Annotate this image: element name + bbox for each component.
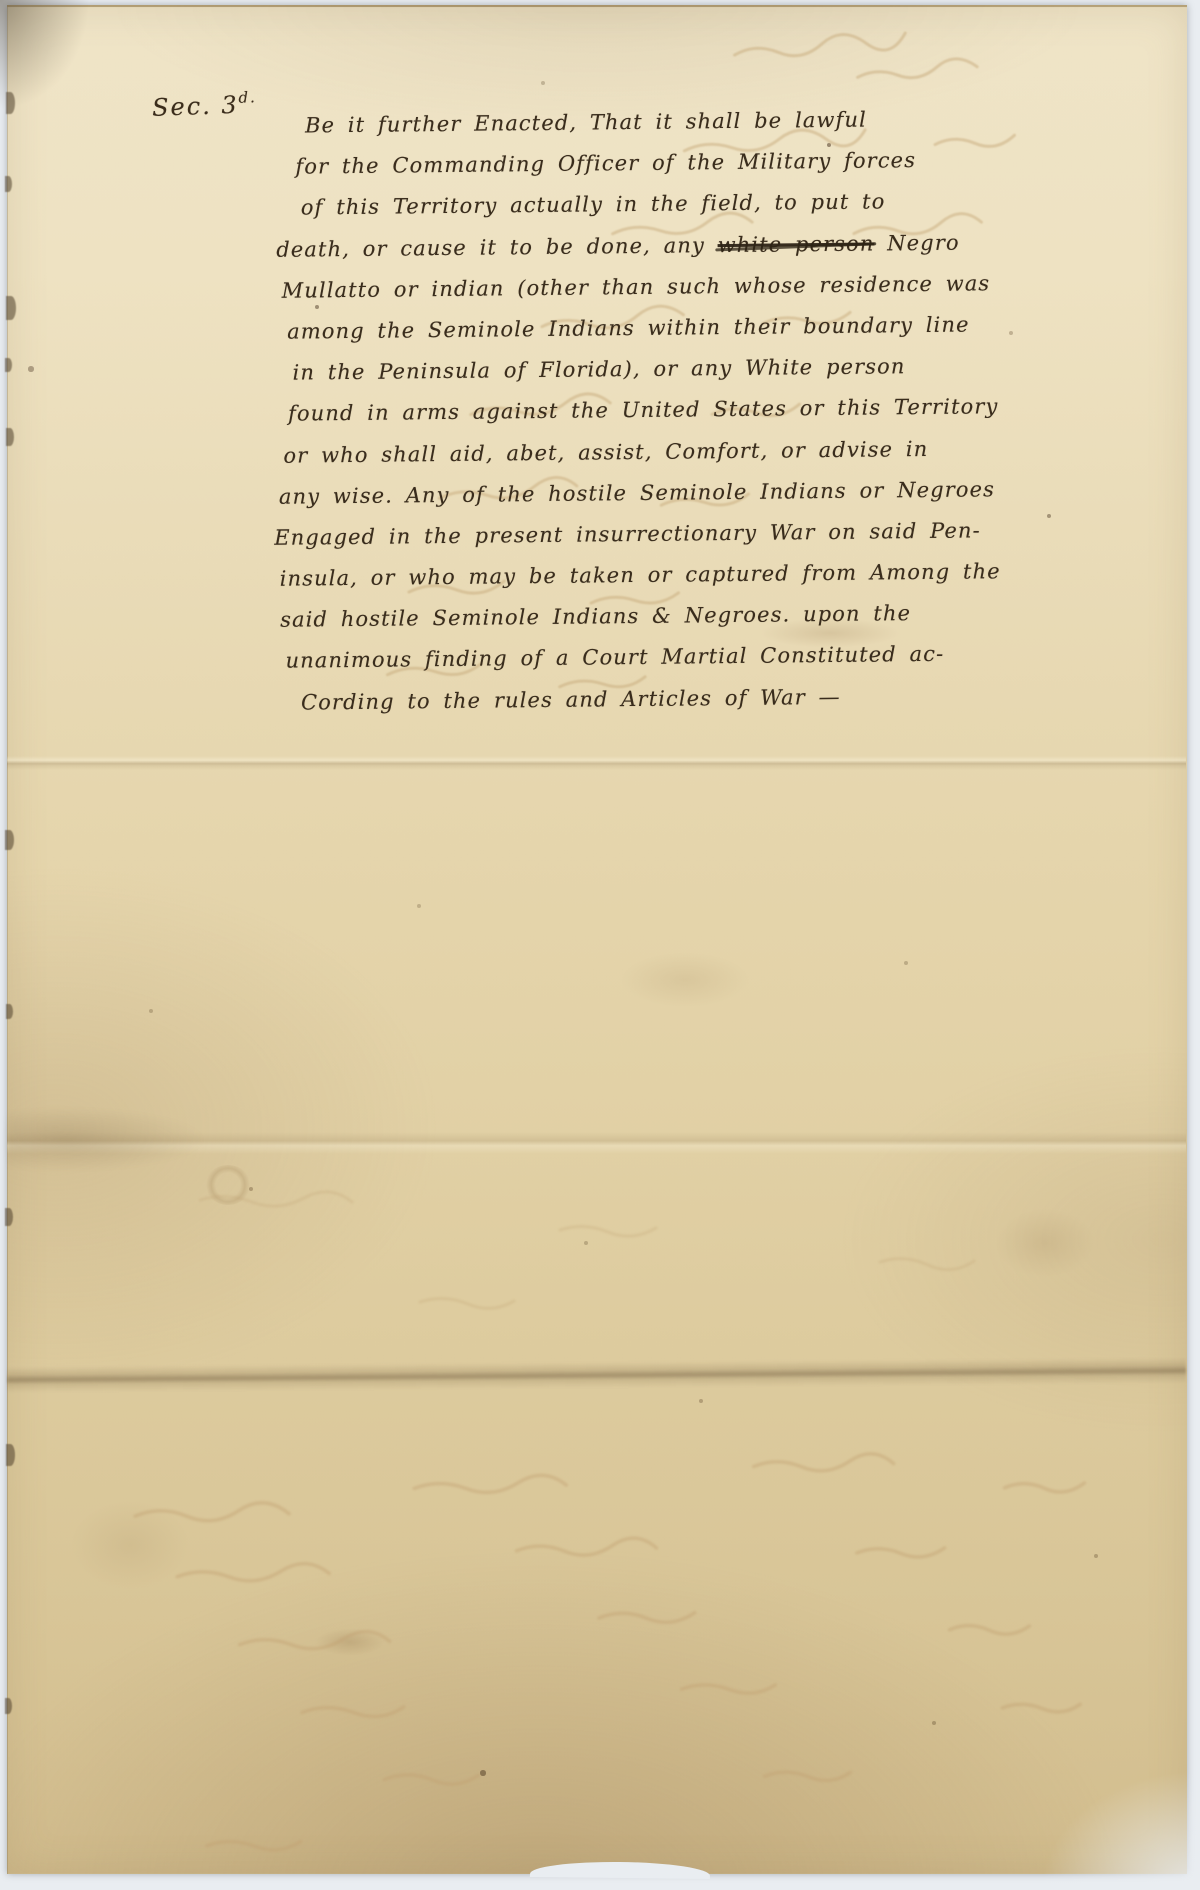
paper-edge-nick [6, 296, 16, 320]
manuscript-text: for the Commanding Officer of the Milita… [295, 148, 916, 178]
manuscript-text: death, or cause it to be done, any [276, 233, 718, 262]
paper-edge-nick [5, 830, 14, 850]
manuscript-text: found in arms against the United States … [288, 395, 999, 426]
manuscript-text: Be it further Enacted, That it shall be … [305, 108, 867, 138]
manuscript-line: Mullatto or indian (other than such whos… [282, 263, 995, 312]
paper-edge-nick [5, 176, 12, 192]
bottom-right-corner-gap [1040, 1770, 1200, 1890]
manuscript-text: in the Peninsula of Florida), or any Whi… [292, 354, 905, 384]
manuscript-line: of this Territory actually in the field,… [301, 181, 994, 229]
top-left-corner-shadow [0, 0, 90, 110]
manuscript-text: unanimous finding of a Court Martial Con… [285, 642, 944, 673]
paper-edge-nick [6, 428, 14, 446]
manuscript-line: Cording to the rules and Articles of War… [301, 675, 999, 723]
manuscript-text: Negro [874, 230, 959, 255]
manuscript-line: for the Commanding Officer of the Milita… [295, 139, 993, 187]
paper-edge-nick [6, 1444, 15, 1466]
manuscript-line: any wise. Any of the hostile Seminole In… [279, 469, 997, 518]
paper-edge-nick [5, 358, 12, 372]
section-label-superscript: d. [238, 88, 257, 107]
manuscript-line: death, or cause it to be done, any white… [276, 222, 994, 271]
manuscript-text: insula, or who may be taken or captured … [280, 559, 1001, 591]
manuscript-text: among the Seminole Indians within their … [287, 312, 970, 343]
manuscript-lines: Be it further Enacted, That it shall be … [273, 98, 999, 723]
struck-out-text: white person [717, 231, 874, 257]
manuscript-text: Cording to the rules and Articles of War… [301, 684, 841, 714]
paper-edge-nick [5, 1698, 12, 1714]
paper-edge-nick [6, 1004, 13, 1019]
manuscript-text: of this Territory actually in the field,… [301, 190, 886, 220]
manuscript-text: or who shall aid, abet, assist, Comfort,… [283, 436, 928, 467]
crease-shadow-smudge [7, 1090, 337, 1180]
manuscript-line: found in arms against the United States … [288, 387, 996, 436]
section-label-text: Sec. 3 [152, 91, 240, 122]
paper-edge-nick [5, 1208, 13, 1226]
manuscript-line: or who shall aid, abet, assist, Comfort,… [283, 428, 996, 477]
manuscript-text: said hostile Seminole Indians & Negroes.… [280, 601, 911, 632]
manuscript-text: Engaged in the present insurrectionary W… [274, 518, 981, 549]
manuscript-line: in the Peninsula of Florida), or any Whi… [292, 345, 995, 394]
section-label: Sec. 3d. [152, 88, 258, 122]
manuscript-text: any wise. Any of the hostile Seminole In… [279, 477, 995, 508]
manuscript-text: Mullatto or indian (other than such whos… [282, 271, 991, 302]
manuscript-line: unanimous finding of a Court Martial Con… [285, 634, 998, 683]
manuscript-text-block: Be it further Enacted, That it shall be … [273, 98, 999, 723]
manuscript-line: Be it further Enacted, That it shall be … [305, 98, 993, 146]
